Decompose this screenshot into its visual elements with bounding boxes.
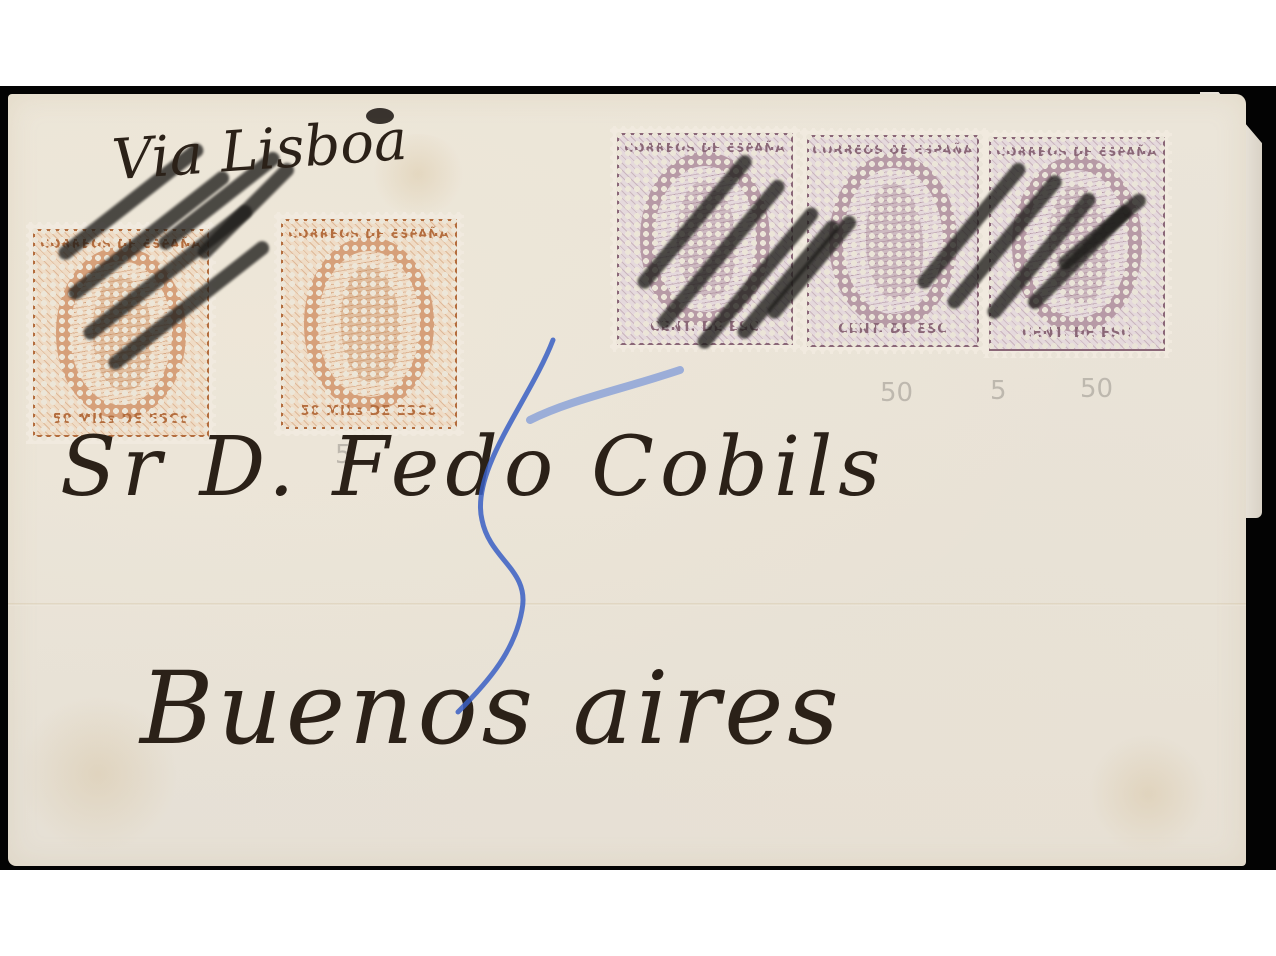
- blue-crayon-5-mark: [0, 0, 1276, 956]
